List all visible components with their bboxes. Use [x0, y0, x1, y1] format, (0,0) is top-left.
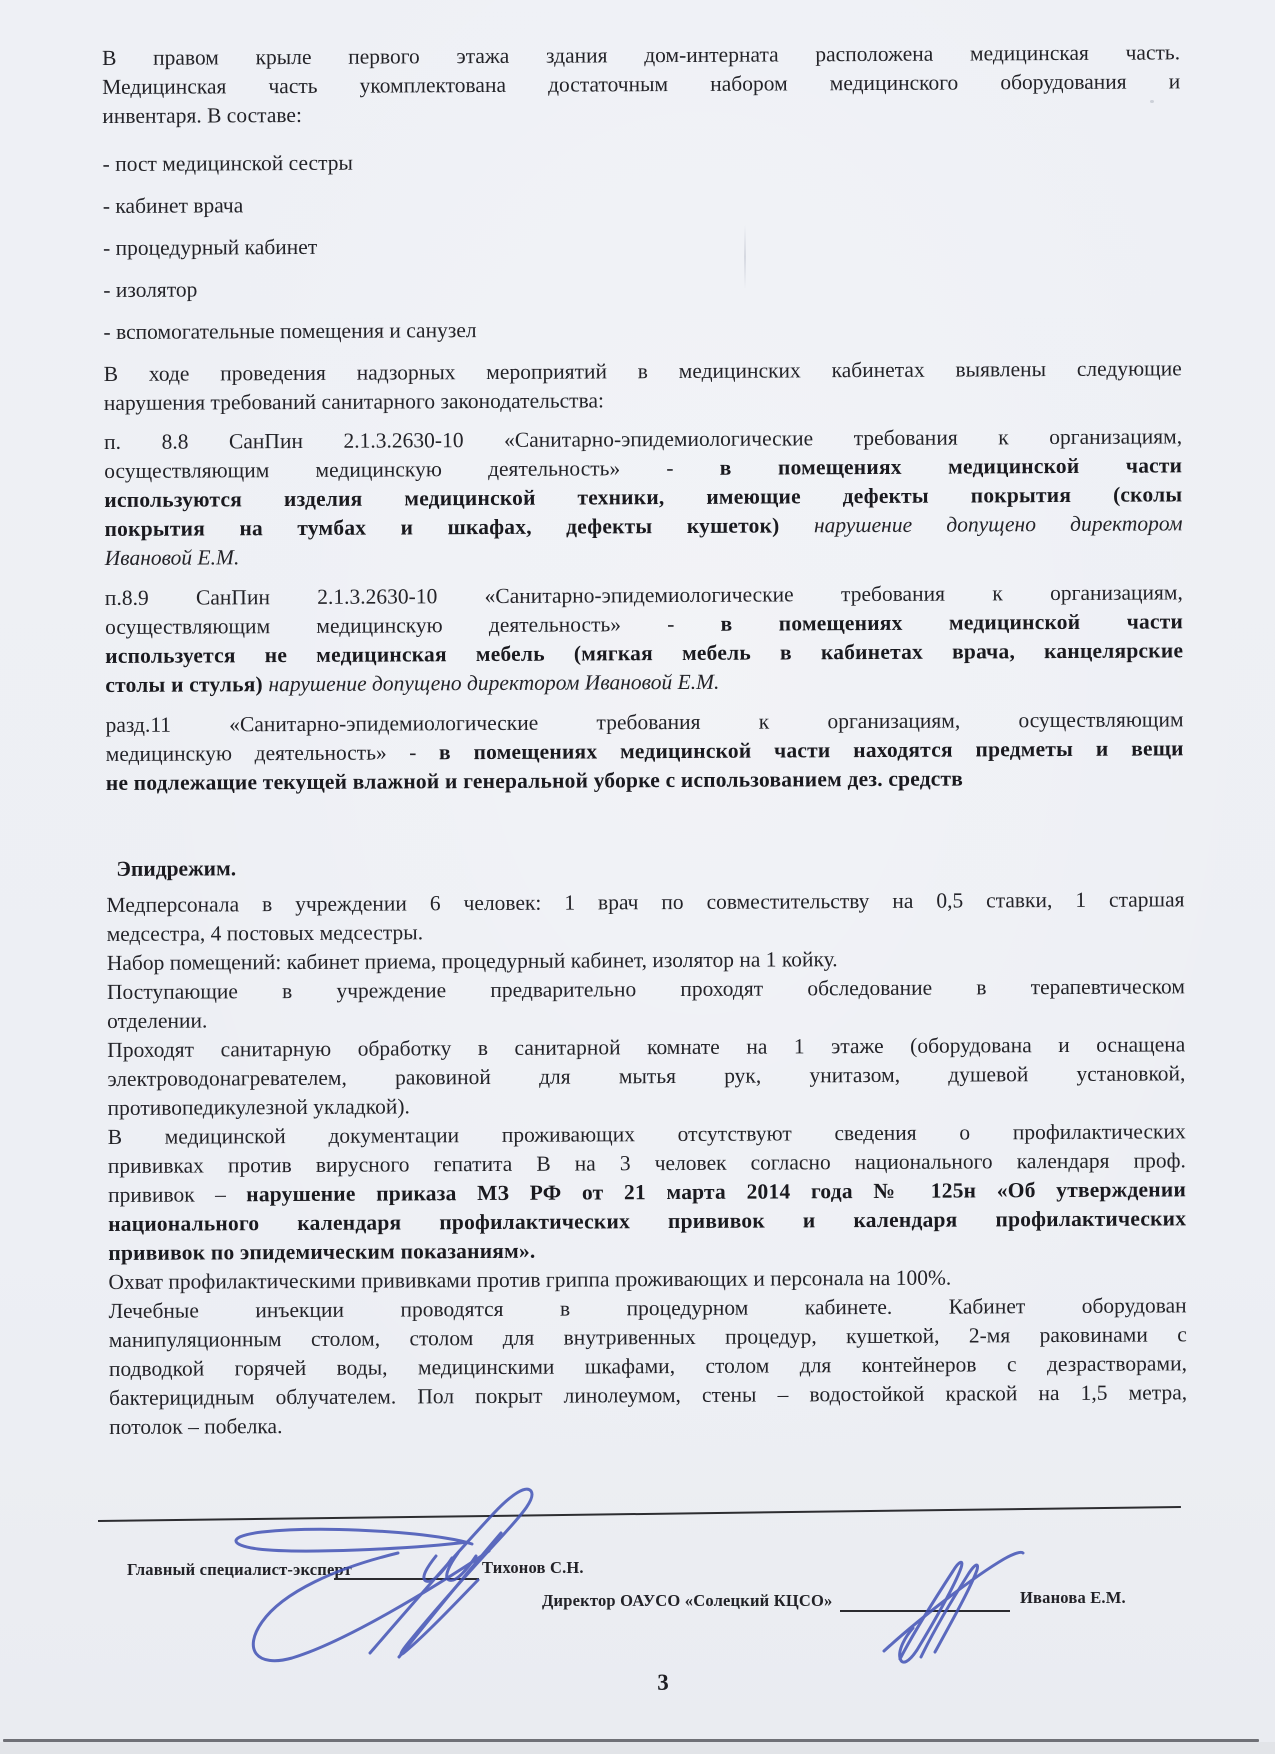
rooms-list: - пост медицинской сестры - кабинет врач…: [103, 144, 1182, 347]
text-line: инвентаря. В составе:: [102, 96, 1180, 131]
document-page: В правом крыле первого этажа здания дом-…: [0, 0, 1275, 1754]
document-body: В правом крыле первого этажа здания дом-…: [102, 38, 1187, 1442]
list-item: - процедурный кабинет: [103, 228, 1181, 263]
director-title-label: Директор ОАУСО «Солецкий КЦСО»: [542, 1591, 833, 1611]
violation-lead: осуществляющим медицинскую деятельность»…: [104, 456, 720, 483]
text-line: электроводонагревателем, раковиной для м…: [107, 1059, 1185, 1094]
list-item: - кабинет врача: [103, 186, 1181, 221]
violation-bold-text: столы и стулья): [105, 672, 268, 697]
violation-bold-text: в помещениях медицинской части находятся…: [439, 736, 1184, 764]
director-signature-underline: [840, 1610, 1010, 1612]
violation-note: нарушение допущено директором: [814, 511, 1183, 537]
text-line: Медицинская часть укомплектована достато…: [102, 67, 1180, 102]
page-number: 3: [648, 1670, 678, 1696]
expert-name-label: Тихонов С.Н.: [482, 1558, 584, 1578]
list-item: - пост медицинской сестры: [103, 144, 1181, 179]
text-line: Медперсонала в учреждении 6 человек: 1 в…: [106, 885, 1184, 920]
violation-8-8-paragraph: п. 8.8 СанПин 2.1.3.2630-10 «Санитарно-э…: [104, 422, 1183, 573]
violation-bold-line: используется не медицинская мебель (мягк…: [105, 636, 1183, 671]
section-heading-epidrezhim: Эпидрежим.: [106, 849, 1184, 884]
text-line: медицинскую деятельность» - в помещениях…: [106, 734, 1184, 769]
violation-sect-11-paragraph: разд.11 «Санитарно-эпидемиологические тр…: [105, 705, 1183, 798]
text-line: Поступающие в учреждение предварительно …: [107, 972, 1185, 1007]
list-item: - вспомогательные помещения и санузел: [103, 312, 1181, 347]
violation-note-line: Ивановой Е.М.: [105, 538, 1183, 573]
signature-rule-line: [98, 1506, 1181, 1522]
signature-ivanova: [884, 1552, 1023, 1662]
supervision-paragraph: В ходе проведения надзорных мероприятий …: [104, 354, 1182, 418]
director-name-label: Иванова Е.М.: [1020, 1588, 1126, 1608]
expert-signature-underline: [334, 1578, 479, 1580]
violation-lead: осуществляющим медицинскую деятельность»…: [105, 612, 721, 639]
violation-bold-text: покрытия на тумбах и шкафах, дефекты куш…: [104, 513, 814, 541]
text-line: потолок – побелка.: [109, 1407, 1187, 1442]
text-line: В ходе проведения надзорных мероприятий …: [104, 354, 1182, 389]
epid-section: Медперсонала в учреждении 6 человек: 1 в…: [106, 885, 1187, 1442]
expert-title-label: Главный специалист-эксперт: [127, 1560, 352, 1580]
intro-paragraph: В правом крыле первого этажа здания дом-…: [102, 38, 1180, 131]
violation-lead: медицинскую деятельность» -: [106, 740, 439, 766]
violation-bold-text: в помещениях медицинской части: [720, 609, 1183, 635]
violation-bold-line: не подлежащие текущей влажной и генераль…: [106, 763, 1184, 798]
epid-bold-line: национального календаря профилактических…: [108, 1204, 1186, 1239]
violation-bold-text: в помещениях медицинской части: [720, 453, 1183, 479]
epid-bold-text: нарушение приказа МЗ РФ от 21 марта 2014…: [246, 1177, 1186, 1206]
epid-lead: прививок –: [108, 1182, 246, 1207]
scan-edge-shadow: [0, 1742, 1275, 1754]
text-line: бактерицидным облучателем. Пол покрыт ли…: [109, 1378, 1187, 1413]
list-item: - изолятор: [103, 270, 1181, 305]
violation-note: нарушение допущено директором Ивановой Е…: [268, 670, 719, 696]
text-line: нарушения требований санитарного законод…: [104, 383, 1182, 418]
violation-8-9-paragraph: п.8.9 СанПин 2.1.3.2630-10 «Санитарно-эп…: [105, 578, 1184, 700]
text-line: столы и стулья) нарушение допущено дирек…: [105, 665, 1183, 700]
text-line: покрытия на тумбах и шкафах, дефекты куш…: [104, 509, 1182, 544]
